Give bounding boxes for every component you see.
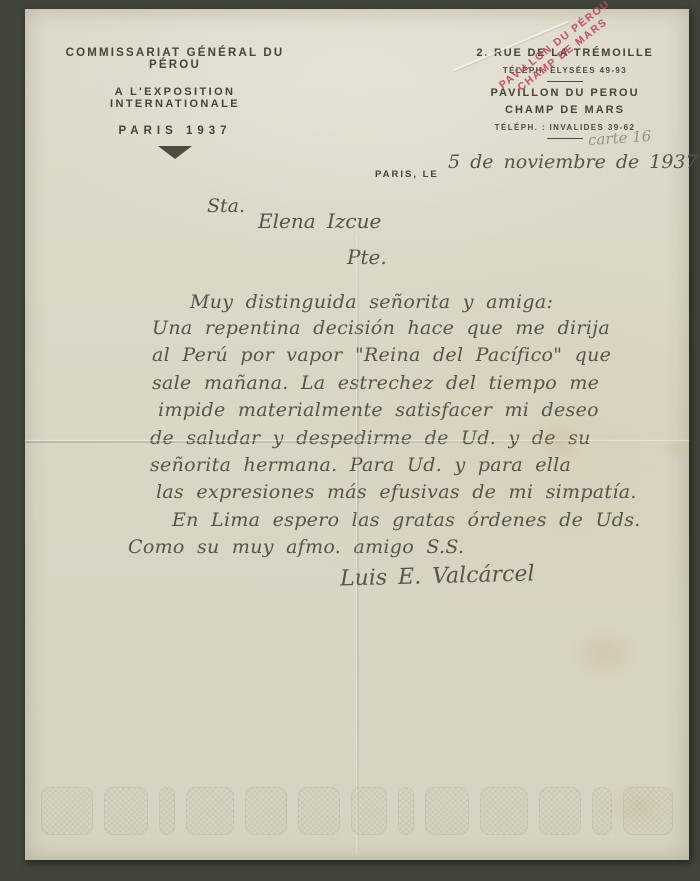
letterhead-org-line: COMMISSARIAT GÉNÉRAL DU PÉROU: [60, 47, 290, 71]
letterhead-left: COMMISSARIAT GÉNÉRAL DU PÉROU A L'EXPOSI…: [60, 47, 290, 159]
signature: Luis E. Valcárcel: [340, 561, 535, 591]
body-line: al Perú por vapor "Reina del Pacífico" q…: [152, 344, 611, 366]
watermark-glyph: [186, 787, 234, 835]
recipient-note: Pte.: [347, 245, 387, 269]
triangle-ornament-icon: [158, 146, 192, 159]
fold-crease-vertical: [357, 234, 359, 854]
body-line: sale mañana. La estrechez del tiempo me: [152, 372, 599, 394]
divider-rule: [547, 81, 583, 82]
watermark-glyph: [539, 787, 581, 835]
body-line: Muy distinguida señorita y amiga:: [190, 291, 553, 313]
document-scan: COMMISSARIAT GÉNÉRAL DU PÉROU A L'EXPOSI…: [0, 0, 700, 881]
letterhead-city-year: PARIS 1937: [60, 125, 290, 137]
watermark-glyph: [41, 787, 93, 835]
watermark-glyph: [425, 787, 469, 835]
watermark-glyph: [623, 787, 673, 835]
body-line: Una repentina decisión hace que me dirij…: [152, 317, 610, 339]
paper-stain: [537, 421, 585, 461]
body-line: En Lima espero las gratas órdenes de Uds…: [172, 509, 641, 531]
divider-rule: [547, 138, 583, 139]
watermark-glyph: [159, 787, 175, 835]
watermark-glyph: [351, 787, 387, 835]
paper-watermark: [41, 785, 689, 837]
watermark-glyph: [104, 787, 148, 835]
watermark-glyph: [298, 787, 340, 835]
watermark-glyph: [480, 787, 528, 835]
paper-stain: [661, 437, 691, 461]
recipient-name: Elena Izcue: [258, 209, 381, 233]
letter-page: COMMISSARIAT GÉNÉRAL DU PÉROU A L'EXPOSI…: [25, 9, 689, 860]
body-line: las expresiones más efusivas de mi simpa…: [156, 481, 637, 503]
body-line: Como su muy afmo. amigo S.S.: [128, 536, 464, 558]
letterhead-expo-line: A L'EXPOSITION INTERNATIONALE: [60, 86, 290, 110]
letterhead-location: CHAMP DE MARS: [455, 104, 675, 116]
dateline-handwritten: 5 de noviembre de 1937: [448, 151, 698, 173]
letterhead-phone-1: TÉLÉPH. ÉLYSÉES 49-93: [455, 66, 675, 75]
body-line: señorita hermana. Para Ud. y para ella: [150, 454, 571, 476]
recipient-prefix: Sta.: [207, 195, 245, 217]
dateline-printed: PARIS, LE: [375, 169, 439, 180]
watermark-glyph: [245, 787, 287, 835]
body-line: impide materialmente satisfacer mi deseo: [158, 399, 599, 421]
pencil-note: carte 16: [587, 127, 651, 149]
paper-stain: [567, 625, 643, 683]
watermark-glyph: [592, 787, 612, 835]
body-line: de saludar y despedirme de Ud. y de su: [150, 427, 591, 449]
watermark-glyph: [398, 787, 414, 835]
